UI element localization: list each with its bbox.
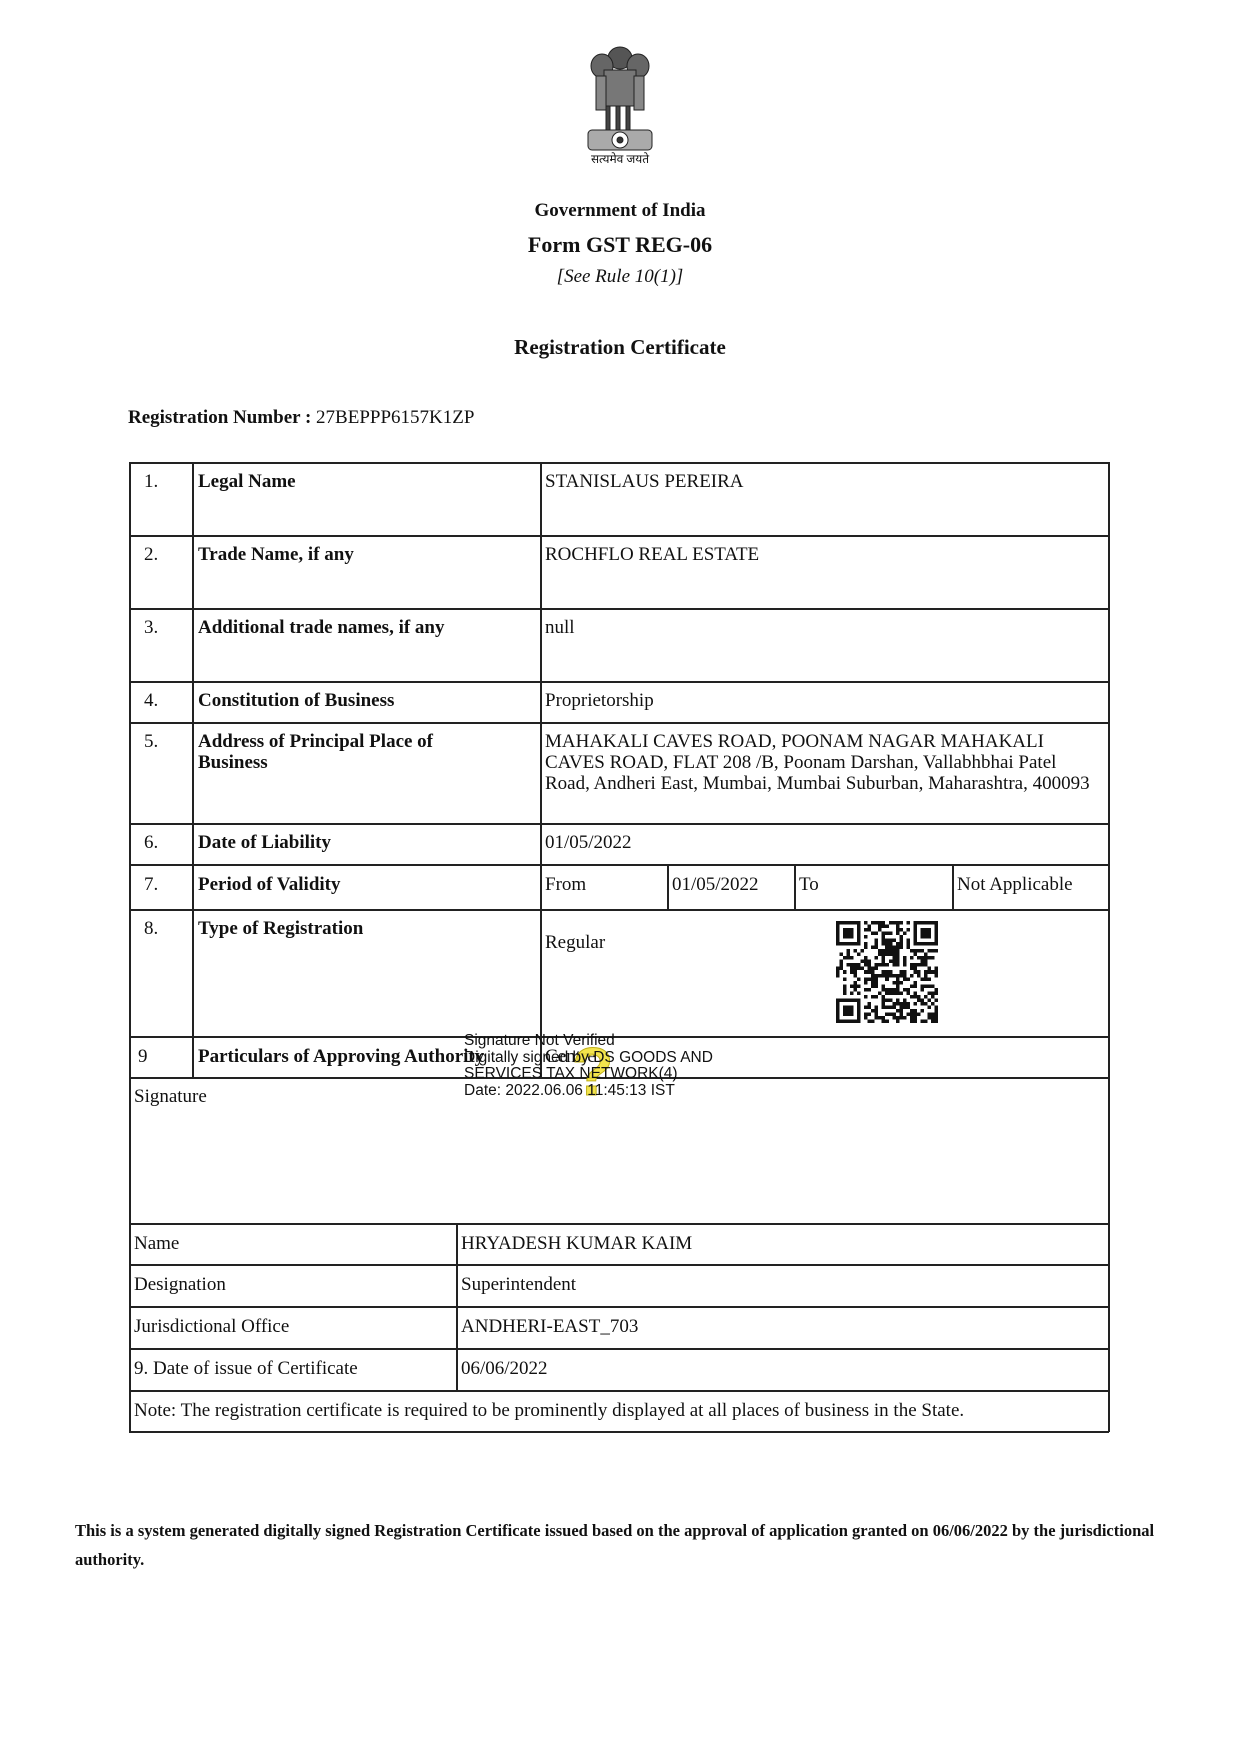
row-number: 6. bbox=[144, 832, 158, 853]
legal-name-value: STANISLAUS PEREIRA bbox=[545, 471, 1100, 492]
row-number: 8. bbox=[144, 918, 158, 939]
signature-signer-line1: Digitally signed by DS GOODS AND bbox=[464, 1050, 713, 1067]
row-number: 3. bbox=[144, 617, 158, 638]
display-note: Note: The registration certificate is re… bbox=[134, 1400, 1104, 1421]
qr-code-icon bbox=[836, 921, 938, 1023]
additional-trade-names-value: null bbox=[545, 617, 1100, 638]
validity-to-value: Not Applicable bbox=[957, 874, 1073, 895]
signature-label: Signature bbox=[134, 1086, 207, 1107]
digital-signature-stamp[interactable]: Signature Not Verified Digitally signed … bbox=[464, 1033, 713, 1099]
row-number: 2. bbox=[144, 544, 158, 565]
row-label: Address of Principal Place of Business bbox=[198, 731, 488, 773]
row-label: Type of Registration bbox=[198, 918, 533, 939]
authority-label: 9. Date of issue of Certificate bbox=[134, 1358, 358, 1379]
system-generated-footer: This is a system generated digitally sig… bbox=[75, 1516, 1175, 1574]
row-number: 5. bbox=[144, 731, 158, 752]
issue-date-value: 06/06/2022 bbox=[461, 1358, 548, 1379]
trade-name-value: ROCHFLO REAL ESTATE bbox=[545, 544, 1100, 565]
constitution-value: Proprietorship bbox=[545, 690, 1100, 711]
signature-signer-line2: SERVICES TAX NETWORK(4) bbox=[464, 1066, 713, 1083]
row-number: 1. bbox=[144, 471, 158, 492]
row-number: 4. bbox=[144, 690, 158, 711]
authority-name-value: HRYADESH KUMAR KAIM bbox=[461, 1233, 692, 1254]
row-label: Period of Validity bbox=[198, 874, 533, 895]
jurisdictional-office-value: ANDHERI-EAST_703 bbox=[461, 1316, 638, 1337]
validity-to-label: To bbox=[799, 874, 819, 895]
designation-value: Superintendent bbox=[461, 1274, 576, 1295]
signature-status: Signature Not Verified bbox=[464, 1033, 713, 1050]
form-title: Form GST REG-06 bbox=[0, 232, 1240, 258]
authority-label: Name bbox=[134, 1233, 179, 1254]
validity-from-label: From bbox=[545, 874, 586, 895]
row-label: Trade Name, if any bbox=[198, 544, 533, 565]
validity-from-value: 01/05/2022 bbox=[672, 874, 759, 895]
authority-label: Jurisdictional Office bbox=[134, 1316, 289, 1337]
signature-date: Date: 2022.06.06 11:45:13 IST bbox=[464, 1083, 713, 1100]
row-label: Additional trade names, if any bbox=[198, 617, 533, 638]
registration-number-line: Registration Number : 27BEPPP6157K1ZP bbox=[128, 407, 474, 429]
government-heading: Government of India bbox=[0, 200, 1240, 222]
authority-label: Designation bbox=[134, 1274, 226, 1295]
registration-type-value: Regular bbox=[545, 932, 605, 953]
address-value: MAHAKALI CAVES ROAD, POONAM NAGAR MAHAKA… bbox=[545, 731, 1105, 794]
row-number: 9 bbox=[138, 1046, 148, 1067]
row-label: Date of Liability bbox=[198, 832, 533, 853]
date-of-liability-value: 01/05/2022 bbox=[545, 832, 1100, 853]
emblem-motto: सत्यमेव जयते bbox=[560, 150, 680, 167]
row-number: 7. bbox=[144, 874, 158, 895]
certificate-title: Registration Certificate bbox=[0, 335, 1240, 360]
registration-number: 27BEPPP6157K1ZP bbox=[316, 407, 474, 428]
registration-number-label: Registration Number : bbox=[128, 407, 311, 428]
rule-reference: [See Rule 10(1)] bbox=[0, 266, 1240, 288]
row-label: Constitution of Business bbox=[198, 690, 533, 711]
row-label: Legal Name bbox=[198, 471, 533, 492]
